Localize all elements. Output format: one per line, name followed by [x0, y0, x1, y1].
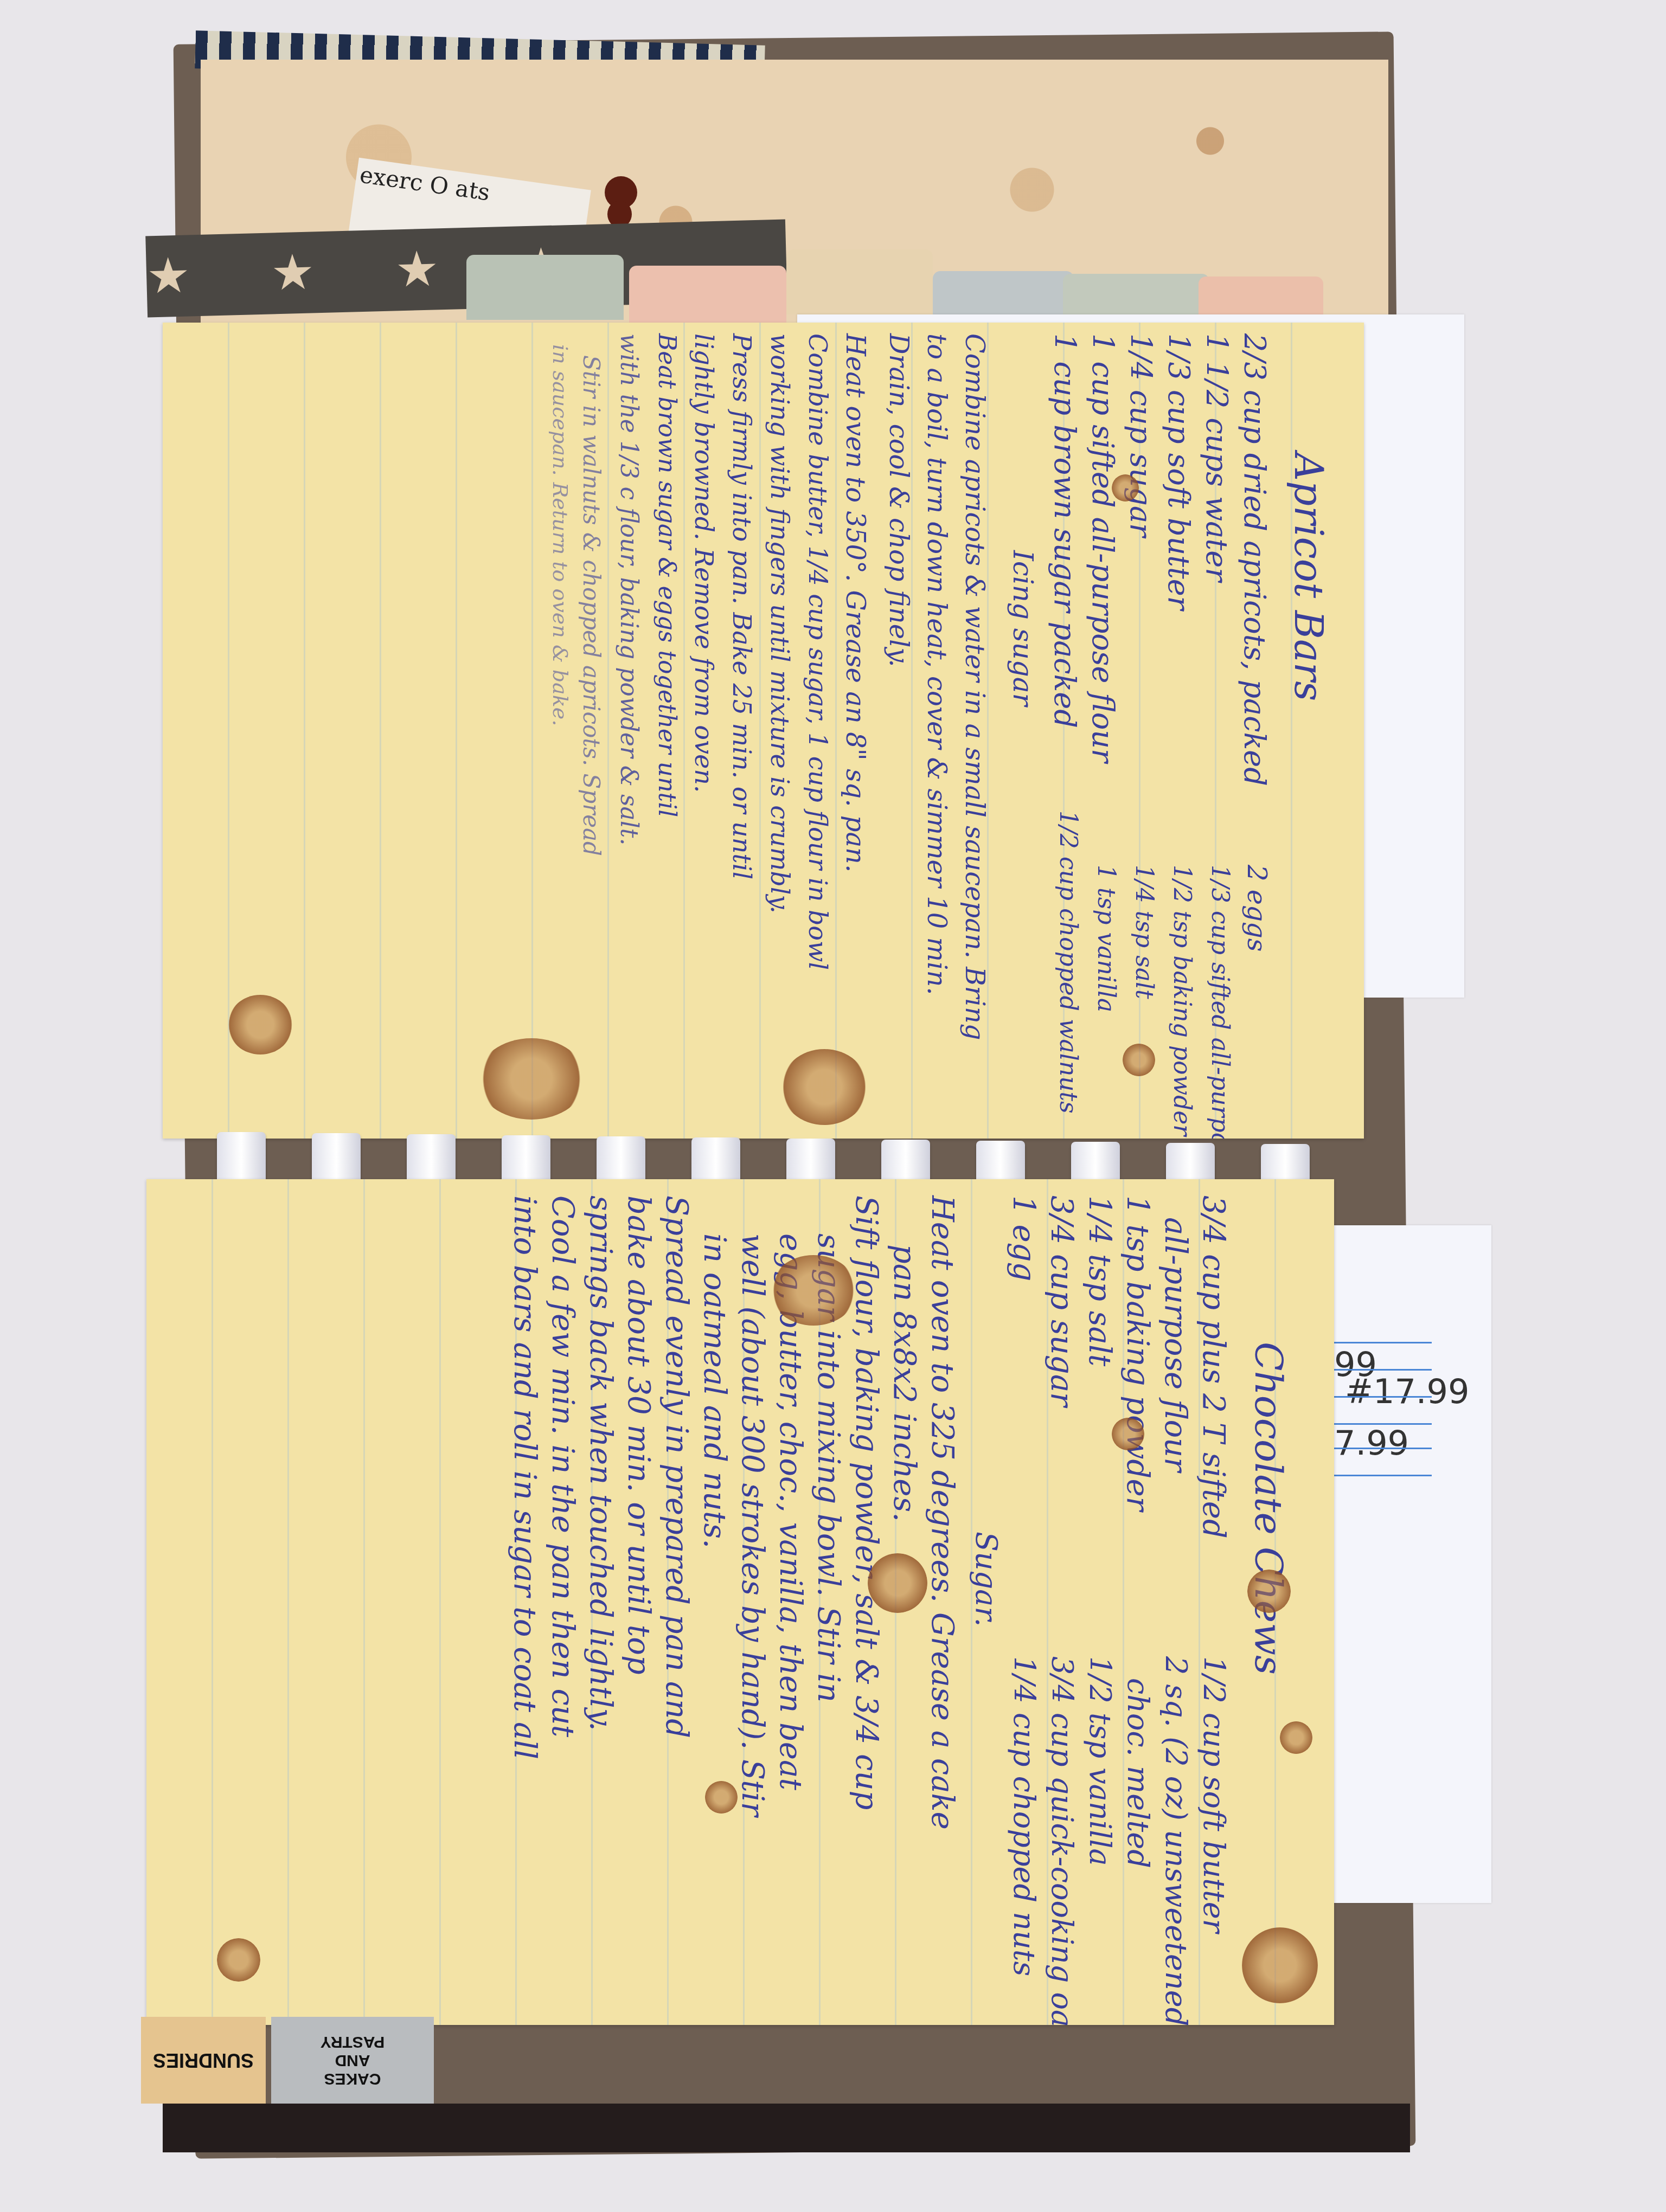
ingredient: 1 tsp baking powder [1120, 1195, 1155, 1511]
stain [217, 1938, 260, 1982]
ingredient: 3/4 cup plus 2 T sifted [1196, 1195, 1231, 1539]
ingredient: 1 tsp vanilla [1092, 865, 1120, 1012]
direction-line: in saucepan. Return to oven & bake. [548, 344, 572, 726]
book-base-edge [163, 2104, 1410, 2152]
stain [868, 1553, 927, 1613]
ingredient: choc. melted [1121, 1678, 1155, 1868]
stain [781, 1049, 868, 1125]
newspaper-text: O [428, 171, 450, 200]
stain [1123, 1044, 1155, 1076]
direction-line: Heat oven to 325 degrees. Grease a cake [925, 1195, 960, 1830]
ingredient: 1/2 tsp baking powder [1168, 865, 1196, 1136]
direction-line: Press firmly into pan. Bake 25 min. or u… [727, 333, 757, 879]
direction-line: with the 1/3 c flour, baking powder & sa… [615, 333, 643, 845]
slip-rule [1323, 1342, 1432, 1343]
stain [477, 1038, 586, 1120]
newspaper-text: exerc [358, 161, 425, 196]
ingredient: 1 1/2 cups water [1200, 333, 1234, 582]
ingredient: 1/2 tsp vanilla [1083, 1656, 1117, 1866]
ingredient: 2/3 cup dried apricots, packed [1238, 333, 1272, 786]
slip-rule [1323, 1475, 1432, 1476]
recipe-page-apricot-bars: Apricot Bars 2/3 cup dried apricots, pac… [163, 323, 1364, 1139]
ingredient: 3/4 cup sugar [1044, 1195, 1079, 1407]
price-slip: 99 #17.99 7.99 [1323, 1225, 1491, 1903]
stain [770, 1255, 857, 1326]
direction-line: springs back when touched lightly. [583, 1195, 618, 1731]
ingredient: all-purpose flour [1158, 1217, 1193, 1472]
slip-rule [1323, 1448, 1432, 1449]
divider-tab[interactable] [466, 255, 624, 320]
ingredient: 1/4 cup chopped nuts [1007, 1656, 1041, 1976]
recipe-page-chocolate-chews: Chocolate Chews 3/4 cup plus 2 T sifted … [146, 1179, 1334, 2025]
bottom-divider-tabs: SUNDRIES CAKES AND PASTRY [141, 2017, 1388, 2109]
direction-line: Drain, cool & chop finely. [883, 333, 914, 667]
direction-line: working with fingers until mixture is cr… [765, 333, 794, 914]
direction-line: into bars and roll in sugar to coat all [507, 1195, 542, 1759]
recipe-extra: Icing sugar [1007, 550, 1039, 706]
ingredient: 2 sq. (2 oz) unsweetened [1159, 1656, 1193, 2025]
direction-line: Spread evenly in prepared pan and [659, 1195, 694, 1738]
newspaper-text: ats [454, 175, 492, 205]
ingredient: 1/3 cup soft butter [1162, 333, 1196, 610]
direction-line: Cool a few min. in the pan then cut [545, 1195, 580, 1737]
tab-label: CAKES AND PASTRY [320, 2033, 385, 2088]
stain [1112, 1418, 1144, 1450]
ingredient: 3/4 cup quick-cooking oatmeal [1045, 1656, 1079, 2025]
direction-line: in oatmeal and nuts. [697, 1233, 732, 1548]
stain [1112, 474, 1139, 501]
divider-tab[interactable] [629, 266, 786, 331]
ingredient: 1/4 tsp salt [1130, 865, 1158, 999]
direction-line: bake about 30 min. or until top [621, 1195, 656, 1675]
recipe-title: Chocolate Chews [1246, 1342, 1291, 1675]
ingredient: 1/2 cup chopped walnuts [1054, 811, 1082, 1114]
stain [1247, 1570, 1291, 1613]
ingredient: 1 cup sifted all-purpose flour [1086, 333, 1120, 763]
ingredient: 1/4 cup sugar [1124, 333, 1158, 537]
direction-line: lightly browned. Remove from oven. [689, 333, 719, 793]
direction-line: Combine apricots & water in a small sauc… [959, 333, 990, 1040]
direction-line: pan 8x8x2 inches. [887, 1244, 922, 1522]
slip-rule [1323, 1369, 1432, 1371]
price-value: 7.99 [1334, 1423, 1409, 1463]
price-value: #17.99 [1345, 1372, 1469, 1411]
direction-line: Heat oven to 350°. Grease an 8" sq. pan. [840, 333, 870, 872]
direction-line: well (about 300 strokes by hand). Stir [735, 1233, 770, 1817]
tab-sundries[interactable]: SUNDRIES [141, 2017, 266, 2104]
ingredient: 1/2 cup soft butter [1197, 1656, 1231, 1933]
ingredient: 1/4 tsp salt [1082, 1195, 1117, 1366]
ingredient: 1 egg [1006, 1195, 1041, 1281]
direction-line: Combine butter, 1/4 cup sugar, 1 cup flo… [803, 333, 832, 970]
divider-tab[interactable] [786, 249, 933, 314]
stain [1242, 1927, 1318, 2003]
ingredient: 1 cup brown sugar packed [1048, 333, 1082, 728]
stain [228, 995, 293, 1054]
recipe-title: Apricot Bars [1286, 453, 1331, 701]
direction-line: to a boil, turn down heat, cover & simme… [921, 333, 952, 995]
recipe-extra: Sugar. [969, 1532, 1003, 1627]
direction-line: Stir in walnuts & chopped apricots. Spre… [578, 355, 605, 856]
stain [1280, 1721, 1312, 1754]
ingredient: 2 eggs [1241, 865, 1272, 951]
tab-label: SUNDRIES [153, 2049, 254, 2072]
ingredient: 1/3 cup sifted all-purpose flour [1206, 865, 1234, 1139]
tab-cakes-and-pastry[interactable]: CAKES AND PASTRY [271, 2017, 434, 2104]
stain [705, 1781, 738, 1814]
slip-rule [1323, 1396, 1432, 1398]
direction-line: Beat brown sugar & eggs together until [653, 333, 681, 817]
